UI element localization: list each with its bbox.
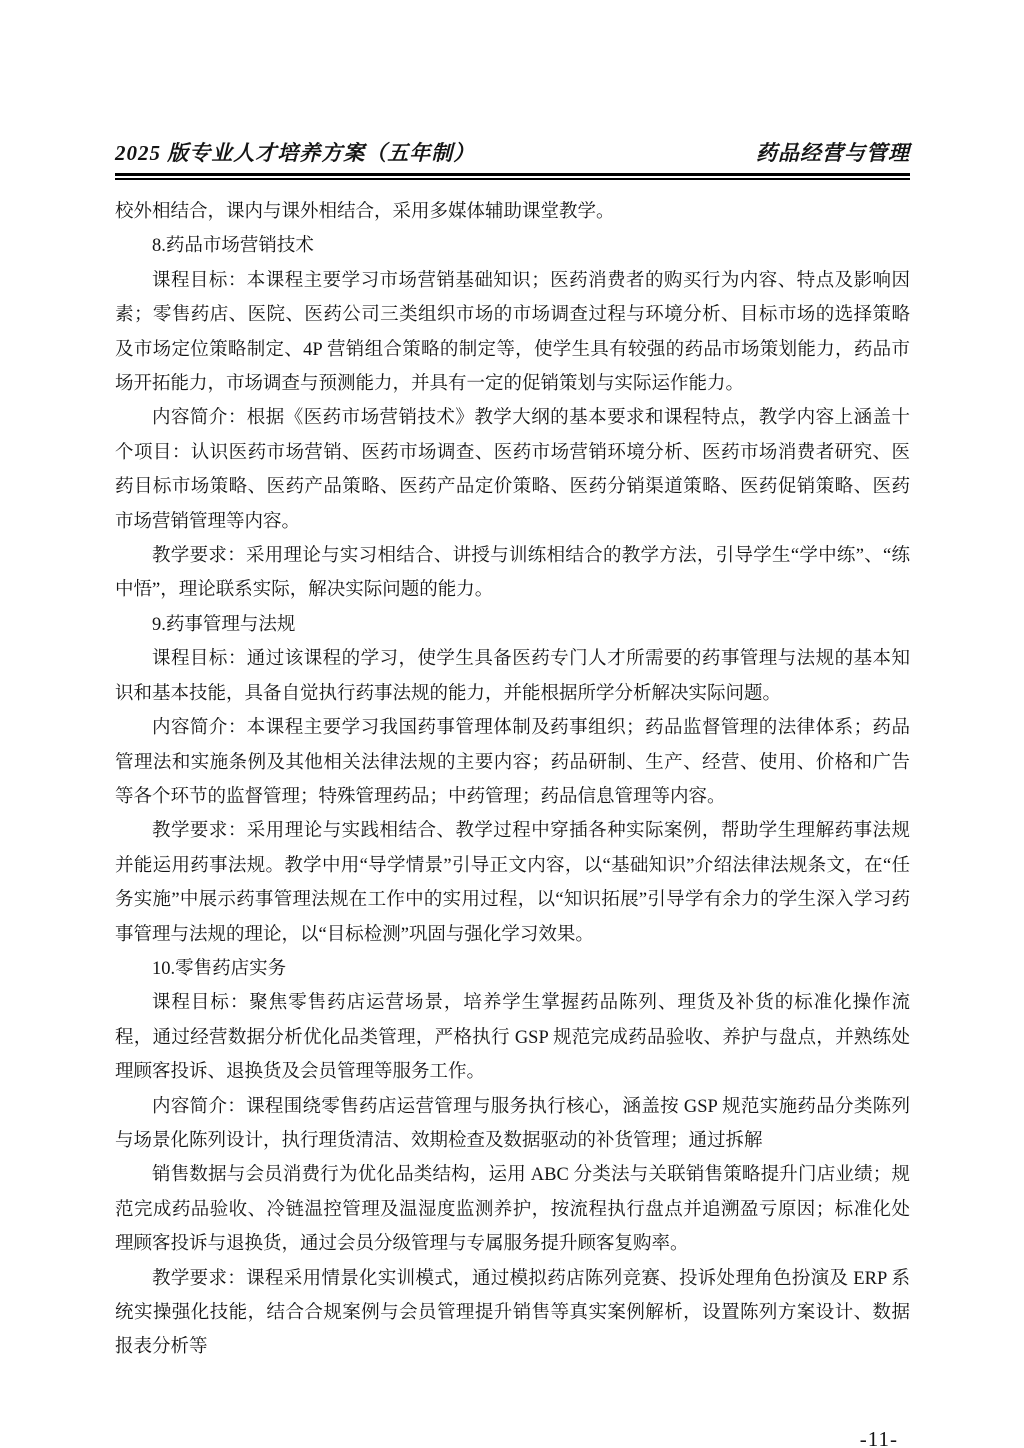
course-8-requirements-paragraph: 教学要求：采用理论与实习相结合、讲授与训练相结合的教学方法，引导学生“学中练”、…	[115, 539, 910, 608]
page-number: -11-	[860, 1427, 898, 1448]
course-8-objectives-paragraph: 课程目标：本课程主要学习市场营销基础知识；医药消费者的购买行为内容、特点及影响因…	[115, 264, 910, 402]
page-header: 2025 版专业人才培养方案（五年制） 药品经营与管理	[115, 140, 910, 166]
course-10-requirements-paragraph: 教学要求：课程采用情景化实训模式，通过模拟药店陈列竞赛、投诉处理角色扮演及 ER…	[115, 1262, 910, 1365]
course-10-heading: 10.零售药店实务	[115, 952, 910, 986]
course-9-objectives-paragraph: 课程目标：通过该课程的学习，使学生具备医药专门人才所需要的药事管理与法规的基本知…	[115, 642, 910, 711]
course-9-heading: 9.药事管理与法规	[115, 608, 910, 642]
header-double-rule	[115, 173, 910, 180]
continuation-paragraph: 校外相结合，课内与课外相结合，采用多媒体辅助课堂教学。	[115, 195, 910, 229]
page-footer: -11-	[115, 1427, 910, 1448]
course-10-objectives-paragraph: 课程目标：聚焦零售药店运营场景，培养学生掌握药品陈列、理货及补货的标准化操作流程…	[115, 986, 910, 1089]
header-left-title: 2025 版专业人才培养方案（五年制）	[115, 140, 475, 166]
course-9-requirements-paragraph: 教学要求：采用理论与实践相结合、教学过程中穿插各种实际案例，帮助学生理解药事法规…	[115, 814, 910, 952]
document-page: 2025 版专业人才培养方案（五年制） 药品经营与管理 校外相结合，课内与课外相…	[0, 0, 1024, 1448]
course-10-summary-continued-paragraph: 销售数据与会员消费行为优化品类结构，运用 ABC 分类法与关联销售策略提升门店业…	[115, 1158, 910, 1261]
header-right-title: 药品经营与管理	[756, 140, 910, 166]
document-body: 校外相结合，课内与课外相结合，采用多媒体辅助课堂教学。 8.药品市场营销技术 课…	[115, 195, 910, 1365]
course-9-summary-paragraph: 内容简介：本课程主要学习我国药事管理体制及药事组织；药品监督管理的法律体系；药品…	[115, 711, 910, 814]
course-8-heading: 8.药品市场营销技术	[115, 229, 910, 263]
course-10-summary-paragraph: 内容简介：课程围绕零售药店运营管理与服务执行核心，涵盖按 GSP 规范实施药品分…	[115, 1090, 910, 1159]
course-8-summary-paragraph: 内容简介：根据《医药市场营销技术》教学大纲的基本要求和课程特点，教学内容上涵盖十…	[115, 401, 910, 539]
